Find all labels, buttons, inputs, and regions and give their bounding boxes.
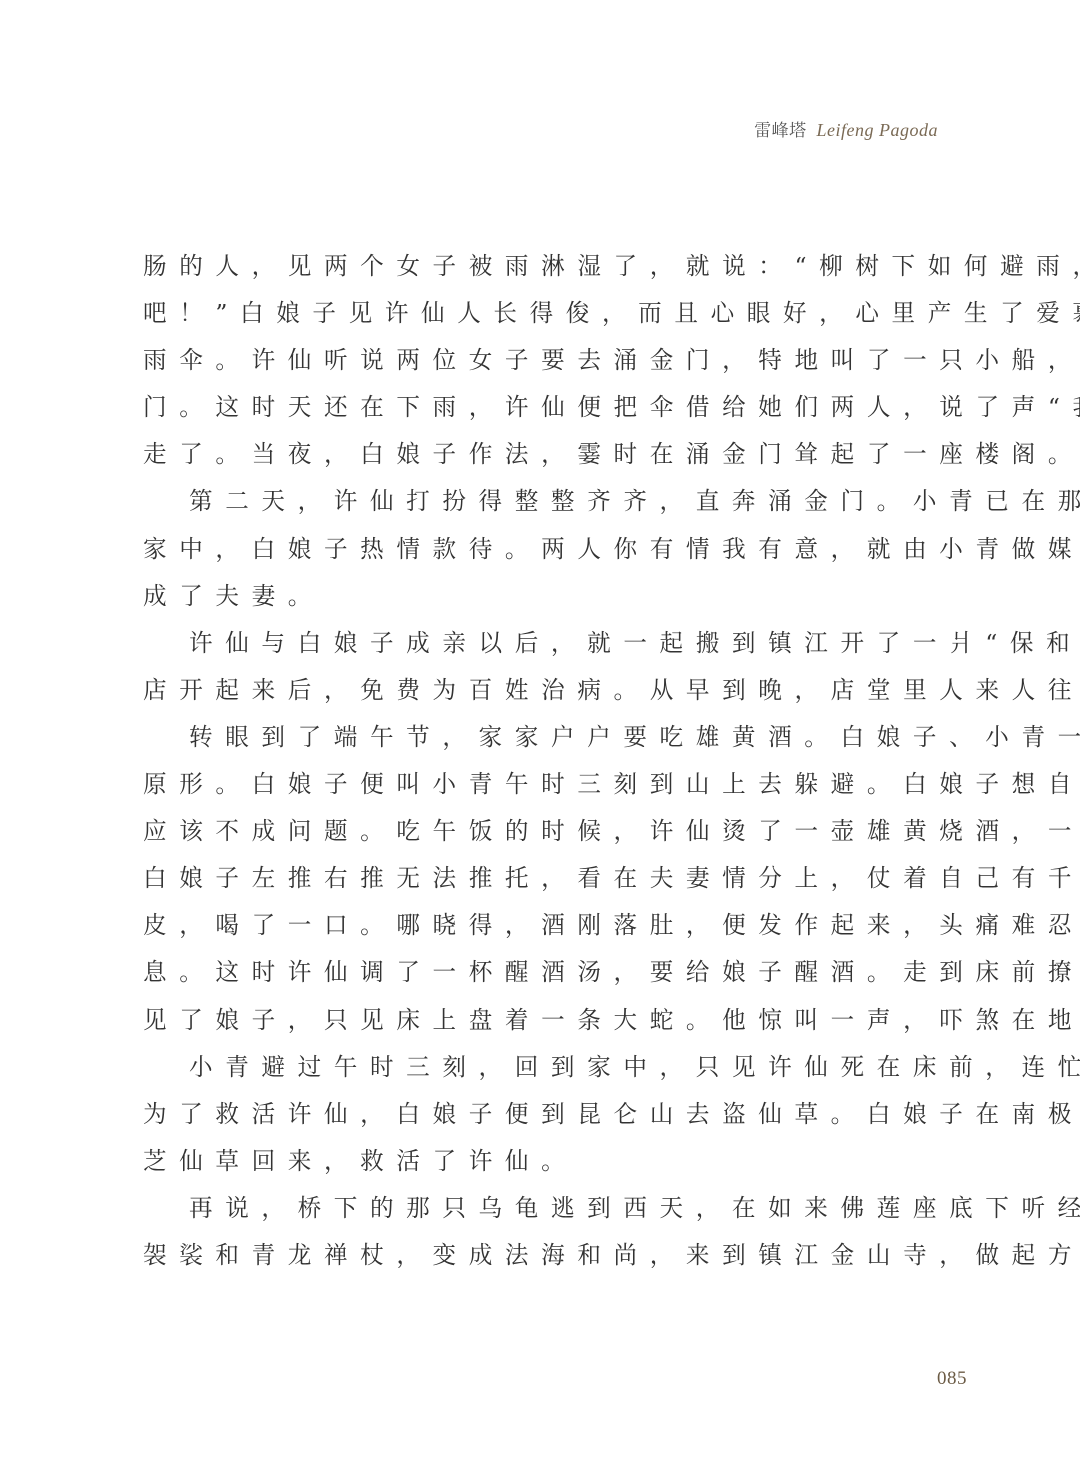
text-line: 肠的人，见两个女子被雨淋湿了，就说：“柳树下如何避雨，请用这把雨伞	[143, 243, 943, 290]
body-text: 肠的人，见两个女子被雨淋湿了，就说：“柳树下如何避雨，请用这把雨伞吧！”白娘子见…	[143, 243, 943, 1279]
text-line: 吧！”白娘子见许仙人长得俊，而且心眼好，心里产生了爱慕之情，便接过	[143, 290, 943, 337]
text-line: 原形。白娘子便叫小青午时三刻到山上去躲避。白娘子想自己有千年修为，	[143, 761, 943, 808]
text-line: 店开起来后，免费为百姓治病。从早到晚，店堂里人来人往很热闹。	[143, 667, 943, 714]
text-line: 息。这时许仙调了一杯醒酒汤，要给娘子醒酒。走到床前撩起帐子一看，不	[143, 949, 943, 996]
running-header: 雷峰塔 Leifeng Pagoda	[754, 116, 938, 141]
text-line: 见了娘子，只见床上盘着一条大蛇。他惊叫一声，吓煞在地。	[143, 997, 943, 1044]
page-number: 085	[937, 1368, 967, 1390]
header-title-chinese: 雷峰塔	[754, 121, 807, 141]
paragraph-first-line: 第二天，许仙打扮得整整齐齐，直奔涌金门。小青已在那里等候。来到	[143, 478, 943, 525]
text-line: 白娘子左推右推无法推托，看在夫妻情分上，仗着自己有千年修为，硬着头	[143, 855, 943, 902]
text-line: 家中，白娘子热情款待。两人你有情我有意，就由小青做媒，雨伞为聘，结	[143, 526, 943, 573]
text-line: 应该不成问题。吃午饭的时候，许仙烫了一壶雄黄烧酒，一定要白娘子喝。	[143, 808, 943, 855]
text-line: 为了救活许仙，白娘子便到昆仑山去盗仙草。白娘子在南极仙翁那里讨得灵	[143, 1091, 943, 1138]
text-line: 皮，喝了一口。哪晓得，酒刚落肚，便发作起来，头痛难忍，只得到床上休	[143, 902, 943, 949]
text-line: 芝仙草回来，救活了许仙。	[143, 1138, 943, 1185]
text-line: 雨伞。许仙听说两位女子要去涌金门，特地叫了一只小船，将她们送到涌金	[143, 337, 943, 384]
text-line: 门。这时天还在下雨，许仙便把伞借给她们两人，说了声“我改日来取”就	[143, 384, 943, 431]
text-line: 成了夫妻。	[143, 573, 943, 620]
header-title-english: Leifeng Pagoda	[817, 120, 939, 140]
paragraph-first-line: 许仙与白娘子成亲以后，就一起搬到镇江开了一爿“保和堂药店”。药	[143, 620, 943, 667]
text-line: 袈裟和青龙禅杖，变成法海和尚，来到镇江金山寺，做起方丈。他嫌香火不	[143, 1232, 943, 1279]
paragraph-first-line: 小青避过午时三刻，回到家中，只见许仙死在床前，连忙叫醒白娘子。	[143, 1044, 943, 1091]
paragraph-first-line: 再说，桥下的那只乌龟逃到西天，在如来佛莲座底下听经，偷了金钵、	[143, 1185, 943, 1232]
paragraph-first-line: 转眼到了端午节，家家户户要吃雄黄酒。白娘子、小青一碰雄黄就要现	[143, 714, 943, 761]
text-line: 走了。当夜，白娘子作法，霎时在涌金门耸起了一座楼阁。	[143, 431, 943, 478]
